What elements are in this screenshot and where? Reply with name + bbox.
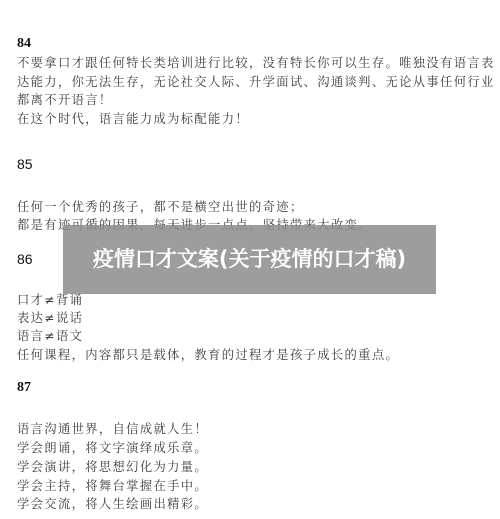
section-number-84: 84 <box>17 36 31 52</box>
section-number-87: 87 <box>17 380 31 396</box>
section-85-line-1: 任何一个优秀的孩子，都不是横空出世的奇迹； <box>17 197 304 215</box>
section-84-line-2: 达能力，你无法生存，无论社交人际、升学面试、沟通谈判、无论从事任何行业 <box>17 72 495 90</box>
section-87-line-4: 学会主持，将舞台掌握在手中。 <box>17 476 208 494</box>
section-number-86: 86 <box>17 251 33 267</box>
section-87-line-1: 语言沟通世界，自信成就人生！ <box>17 419 208 437</box>
section-87-line-3: 学会演讲，将思想幻化为力量。 <box>17 457 208 475</box>
section-87-line-5: 学会交流，将人生绘画出精彩。 <box>17 494 208 512</box>
banner-title: 疫情口才文案(关于疫情的口才稿) <box>75 245 425 274</box>
title-banner: 疫情口才文案(关于疫情的口才稿) <box>63 225 436 294</box>
section-87-line-2: 学会朗诵，将文字演绎成乐章。 <box>17 438 208 456</box>
section-84-line-1: 不要拿口才跟任何特长类培训进行比较，没有特长你可以生存。唯独没有语言表 <box>17 53 495 71</box>
section-84-line-3: 都离不开语言！ <box>17 90 113 108</box>
section-86-line-4: 任何课程，内容都只是载体，教育的过程才是孩子成长的重点。 <box>17 345 399 363</box>
section-number-85: 85 <box>17 156 33 172</box>
section-84-line-4: 在这个时代，语言能力成为标配能力！ <box>17 109 249 127</box>
section-86-line-2: 表达≠说话 <box>17 308 83 326</box>
section-86-line-3: 语言≠语文 <box>17 326 83 344</box>
